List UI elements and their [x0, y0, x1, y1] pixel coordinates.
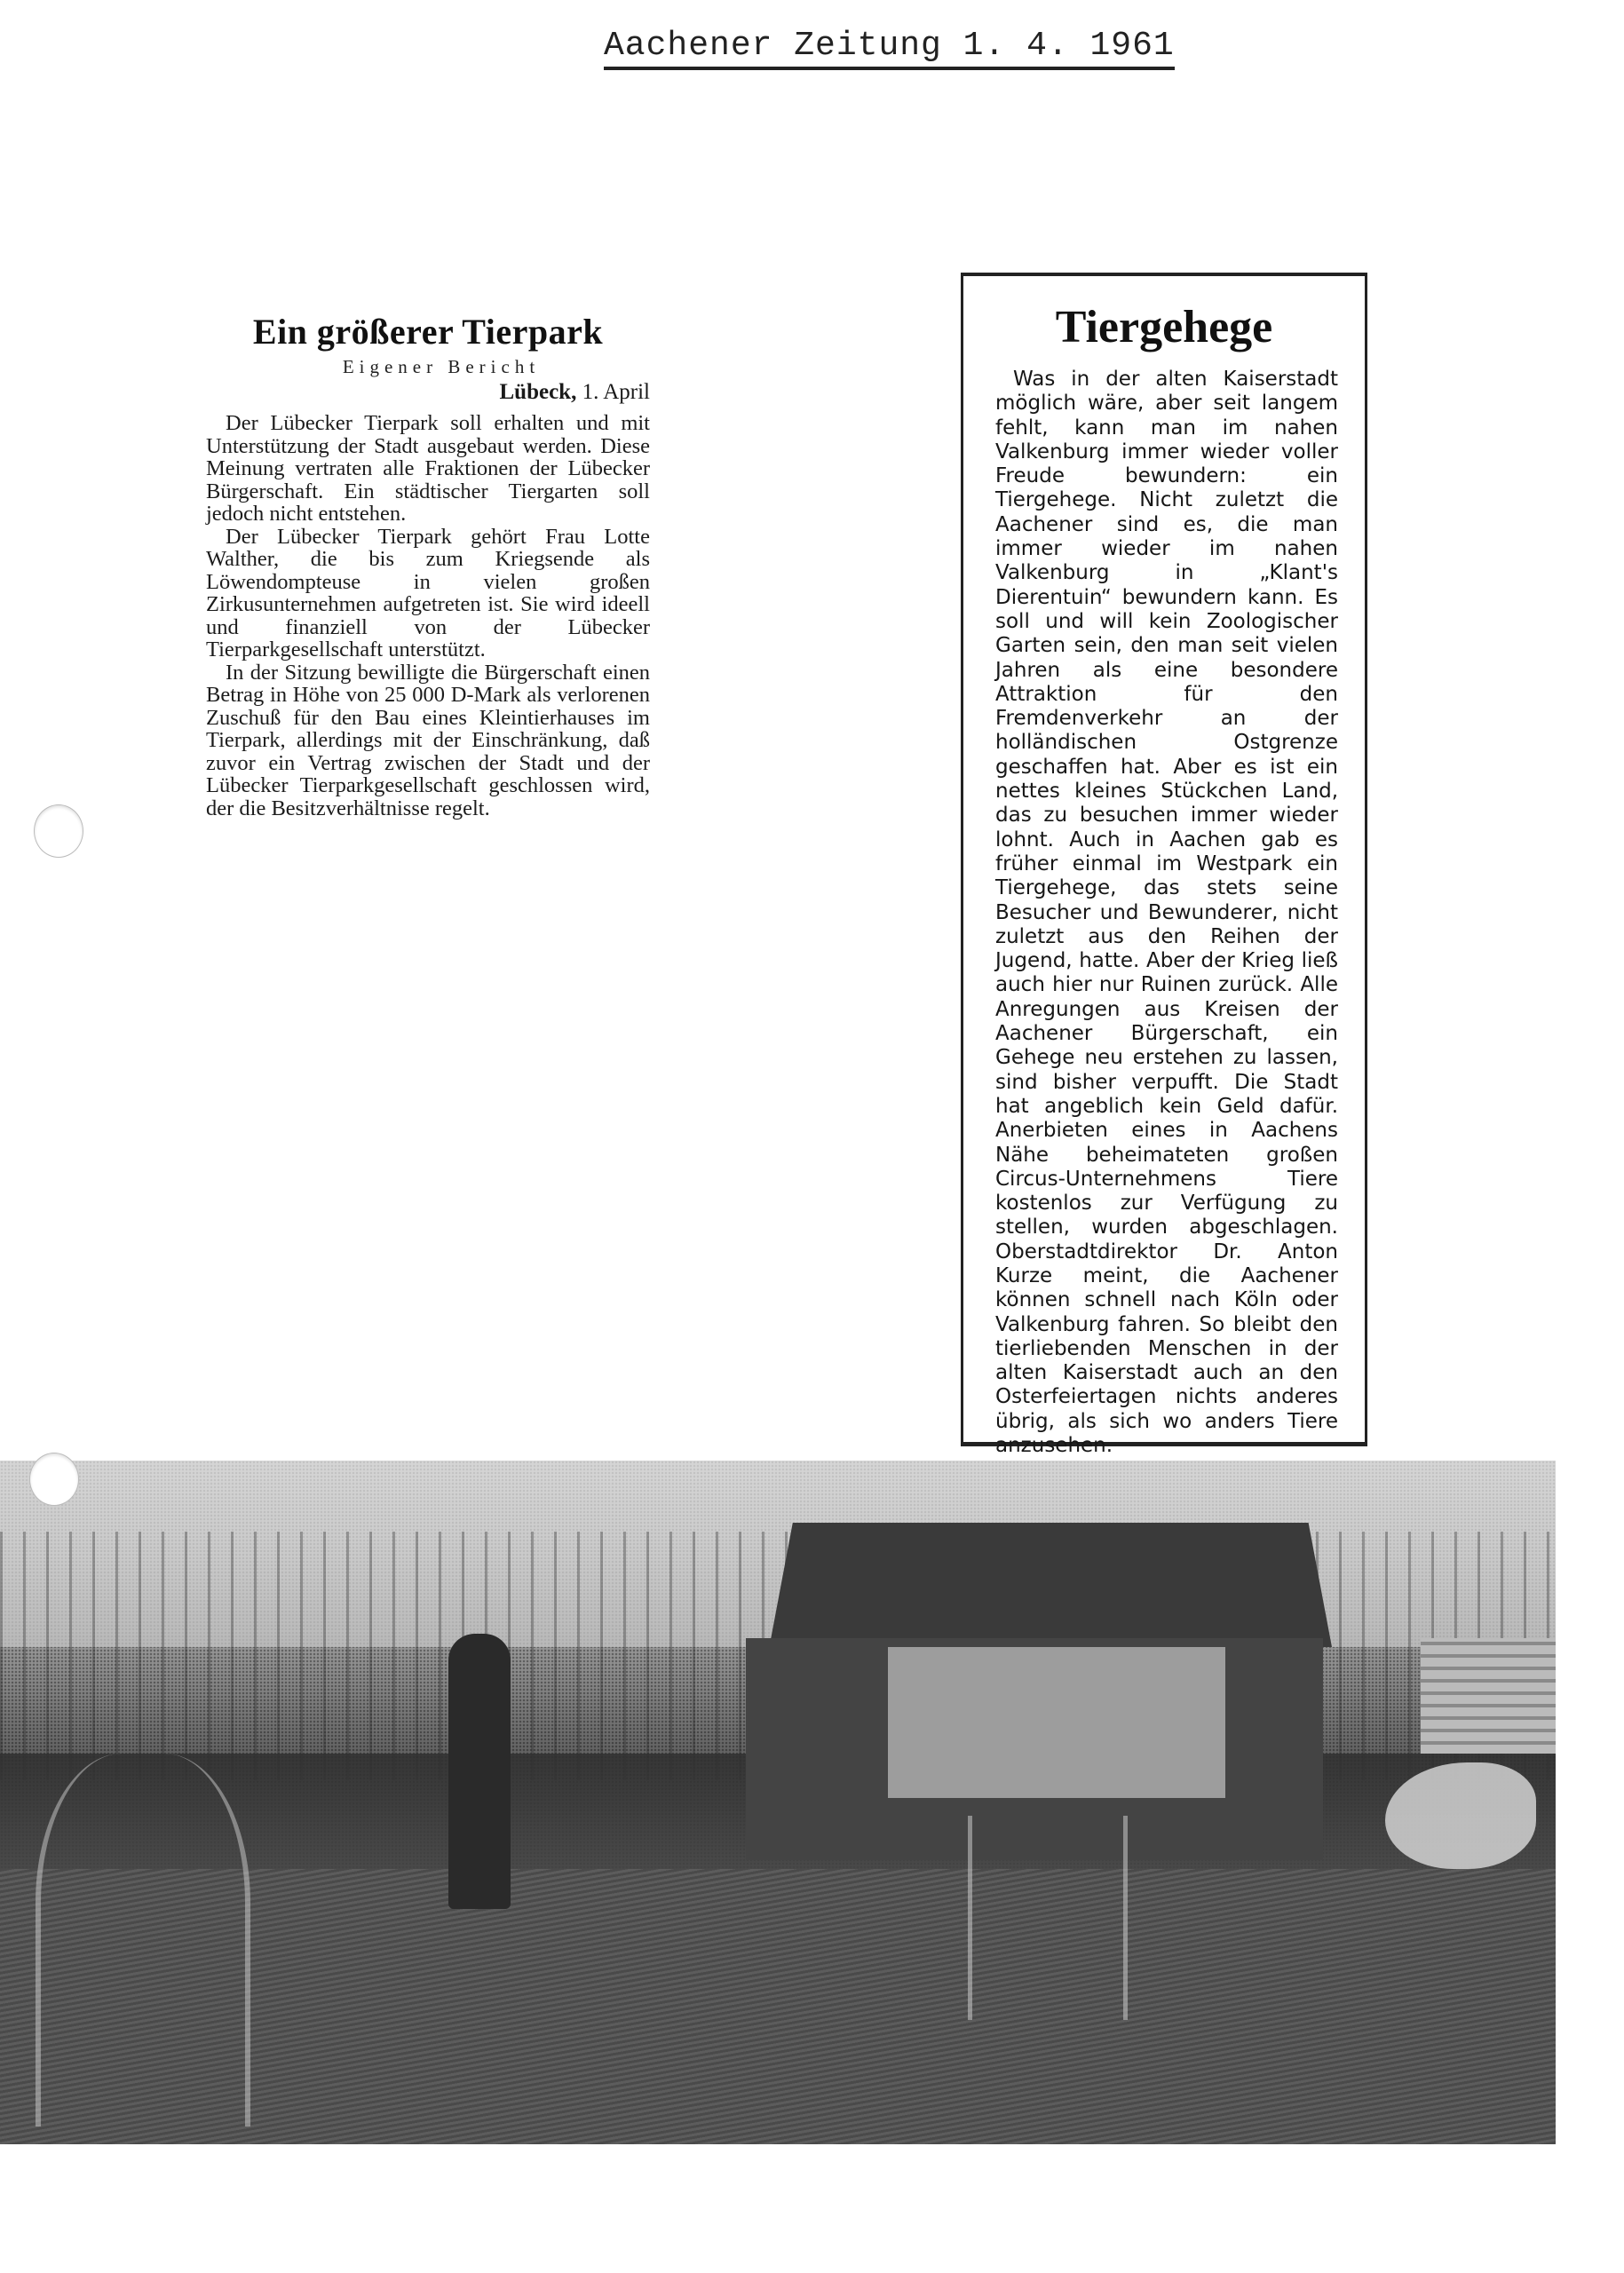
photo-shelter-opening	[888, 1647, 1225, 1798]
photo-building	[1421, 1638, 1556, 1754]
article-dateline: Lübeck, 1. April	[206, 380, 650, 405]
punch-hole-top	[34, 804, 83, 858]
article-paragraph: Der Lübecker Tierpark soll erhalten und …	[206, 412, 650, 526]
article-body: Was in der alten Kaiserstadt möglich wär…	[995, 368, 1338, 1458]
article-tiergehege-box: Tiergehege Was in der alten Kaiserstadt …	[961, 273, 1367, 1446]
article-headline: Ein größerer Tierpark	[206, 311, 650, 352]
dateline-date: 1. April	[582, 380, 650, 404]
article-paragraph: Der Lübecker Tierpark gehört Frau Lotte …	[206, 526, 650, 661]
photo-shelter-roof	[746, 1523, 1332, 1647]
photo-person	[448, 1634, 511, 1909]
dateline-place: Lübeck,	[500, 380, 577, 404]
photo-fawn	[968, 1816, 1128, 2020]
newspaper-photo	[0, 1461, 1556, 2144]
article-headline: Tiergehege	[963, 301, 1365, 353]
article-paragraph: In der Sitzung bewilligte die Bürgerscha…	[206, 661, 650, 820]
article-paragraph: Was in der alten Kaiserstadt möglich wär…	[995, 368, 1338, 1458]
clipping-source-header: Aachener Zeitung 1. 4. 1961	[604, 27, 1175, 70]
photo-stag	[36, 1754, 250, 2126]
article-byline: Eigener Bericht	[233, 356, 650, 378]
punch-hole-bottom	[29, 1453, 79, 1506]
article-ein-groesserer-tierpark: Ein größerer Tierpark Eigener Bericht Lü…	[206, 311, 650, 820]
